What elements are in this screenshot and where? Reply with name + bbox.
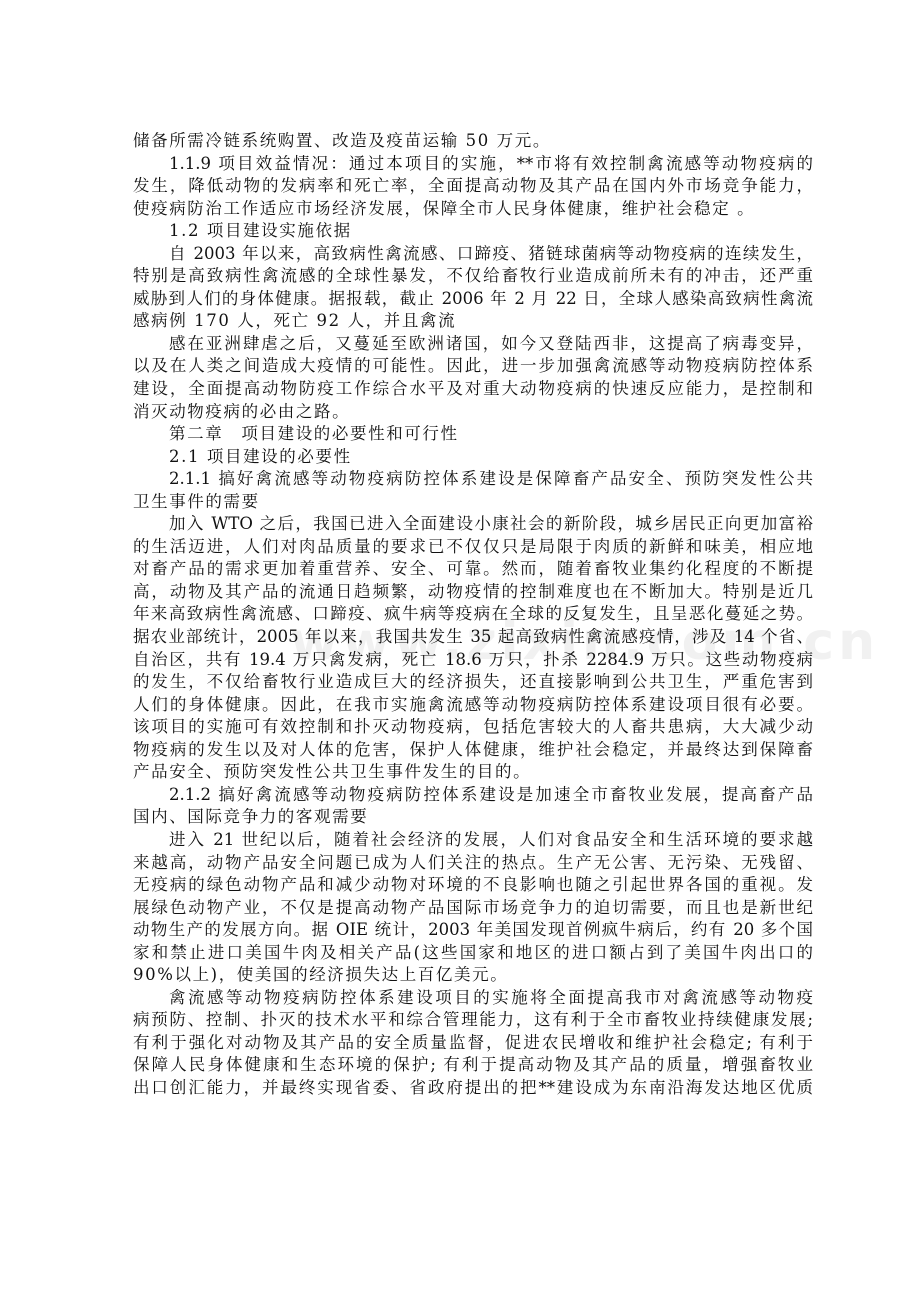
text-line: 消灭动物疫病的必由之路。	[133, 401, 813, 424]
text-line: 加入 WTO 之后，我国已进入全面建设小康社会的新阶段，城乡居民正向更加富裕	[133, 513, 813, 536]
text-line: 自治区，共有 19.4 万只禽发病，死亡 18.6 万只，扑杀 2284.9 万…	[133, 649, 813, 672]
text-line: 90%以上)，使美国的经济损失达上百亿美元。	[133, 964, 813, 987]
text-line: 2.1.2 搞好禽流感等动物疫病防控体系建设是加速全市畜牧业发展，提高畜产品	[133, 784, 813, 807]
text-line: 第二章 项目建设的必要性和可行性	[133, 423, 813, 446]
text-line: 感在亚洲肆虐之后，又蔓延至欧洲诸国，如今又登陆西非，这提高了病毒变异，	[133, 333, 813, 356]
text-line: 据农业部统计，2005 年以来，我国共发生 35 起高致病性禽流感疫情，涉及 1…	[133, 626, 813, 649]
text-line: 展绿色动物产业，不仅是提高动物产品国际市场竞争力的迫切需要，而且也是新世纪	[133, 897, 813, 920]
text-line: 2.1 项目建设的必要性	[133, 446, 813, 469]
text-line: 卫生事件的需要	[133, 491, 813, 514]
text-line: 对畜产品的需求更加着重营养、安全、可靠。然而，随着畜牧业集约化程度的不断提	[133, 558, 813, 581]
text-line: 年来高致病性禽流感、口蹄疫、疯牛病等疫病在全球的反复发生，且呈恶化蔓延之势。	[133, 603, 813, 626]
text-line: 发生，降低动物的发病率和死亡率，全面提高动物及其产品在国内外市场竞争能力，	[133, 175, 813, 198]
text-line: 1.1.9 项目效益情况：通过本项目的实施，**市将有效控制禽流感等动物疫病的	[133, 153, 813, 176]
text-line: 出口创汇能力，并最终实现省委、省政府提出的把**建设成为东南沿海发达地区优质	[133, 1077, 813, 1100]
text-line: 2.1.1 搞好禽流感等动物疫病防控体系建设是保障畜产品安全、预防突发性公共	[133, 468, 813, 491]
text-line: 自 2003 年以来，高致病性禽流感、口蹄疫、猪链球菌病等动物疫病的连续发生，	[133, 243, 813, 266]
text-line: 进入 21 世纪以后，随着社会经济的发展，人们对食品安全和生活环境的要求越	[133, 829, 813, 852]
text-line: 动物生产的发展方向。据 OIE 统计，2003 年美国发现首例疯牛病后，约有 2…	[133, 919, 813, 942]
text-line: 病预防、控制、扑灭的技术水平和综合管理能力，这有利于全市畜牧业持续健康发展;	[133, 1009, 813, 1032]
text-line: 的生活迈进，人们对肉品质量的要求已不仅仅只是局限于肉质的新鲜和味美，相应地	[133, 536, 813, 559]
text-line: 使疫病防治工作适应市场经济发展，保障全市人民身体健康，维护社会稳定 。	[133, 198, 813, 221]
text-line: 该项目的实施可有效控制和扑灭动物疫病，包括危害较大的人畜共患病，大大减少动	[133, 716, 813, 739]
text-line: 特别是高致病性禽流感的全球性暴发，不仅给畜牧行业造成前所未有的冲击，还严重	[133, 265, 813, 288]
text-line: 的发生，不仅给畜牧行业造成巨大的经济损失，还直接影响到公共卫生，严重危害到	[133, 671, 813, 694]
text-line: 无疫病的绿色动物产品和减少动物对环境的不良影响也随之引起世界各国的重视。发	[133, 874, 813, 897]
text-line: 威胁到人们的身体健康。据报载，截止 2006 年 2 月 22 日，全球人感染高…	[133, 288, 813, 311]
text-line: 有利于强化对动物及其产品的安全质量监督，促进农民增收和维护社会稳定; 有利于	[133, 1032, 813, 1055]
text-line: 家和禁止进口美国牛肉及相关产品(这些国家和地区的进口额占到了美国牛肉出口的	[133, 942, 813, 965]
text-line: 储备所需冷链系统购置、改造及疫苗运输 50 万元。	[133, 130, 813, 153]
text-line: 人们的身体健康。因此，在我市实施禽流感等动物疫病防控体系建设项目很有必要。	[133, 694, 813, 717]
text-line: 物疫病的发生以及对人体的危害，保护人体健康，维护社会稳定，并最终达到保障畜	[133, 739, 813, 762]
text-line: 来越高，动物产品安全问题已成为人们关注的热点。生产无公害、无污染、无残留、	[133, 852, 813, 875]
text-line: 高，动物及其产品的流通日趋频繁，动物疫情的控制难度也在不断加大。特别是近几	[133, 581, 813, 604]
text-line: 国内、国际竞争力的客观需要	[133, 806, 813, 829]
text-line: 感病例 170 人，死亡 92 人，并且禽流	[133, 310, 813, 333]
document-page: 储备所需冷链系统购置、改造及疫苗运输 50 万元。1.1.9 项目效益情况：通过…	[133, 130, 813, 1100]
text-line: 禽流感等动物疫病防控体系建设项目的实施将全面提高我市对禽流感等动物疫	[133, 987, 813, 1010]
text-line: 产品安全、预防突发性公共卫生事件发生的目的。	[133, 761, 813, 784]
text-line: 1.2 项目建设实施依据	[133, 220, 813, 243]
text-line: 建设，全面提高动物防疫工作综合水平及对重大动物疫病的快速反应能力，是控制和	[133, 378, 813, 401]
text-line: 以及在人类之间造成大疫情的可能性。因此，进一步加强禽流感等动物疫病防控体系	[133, 355, 813, 378]
text-line: 保障人民身体健康和生态环境的保护; 有利于提高动物及其产品的质量，增强畜牧业	[133, 1054, 813, 1077]
